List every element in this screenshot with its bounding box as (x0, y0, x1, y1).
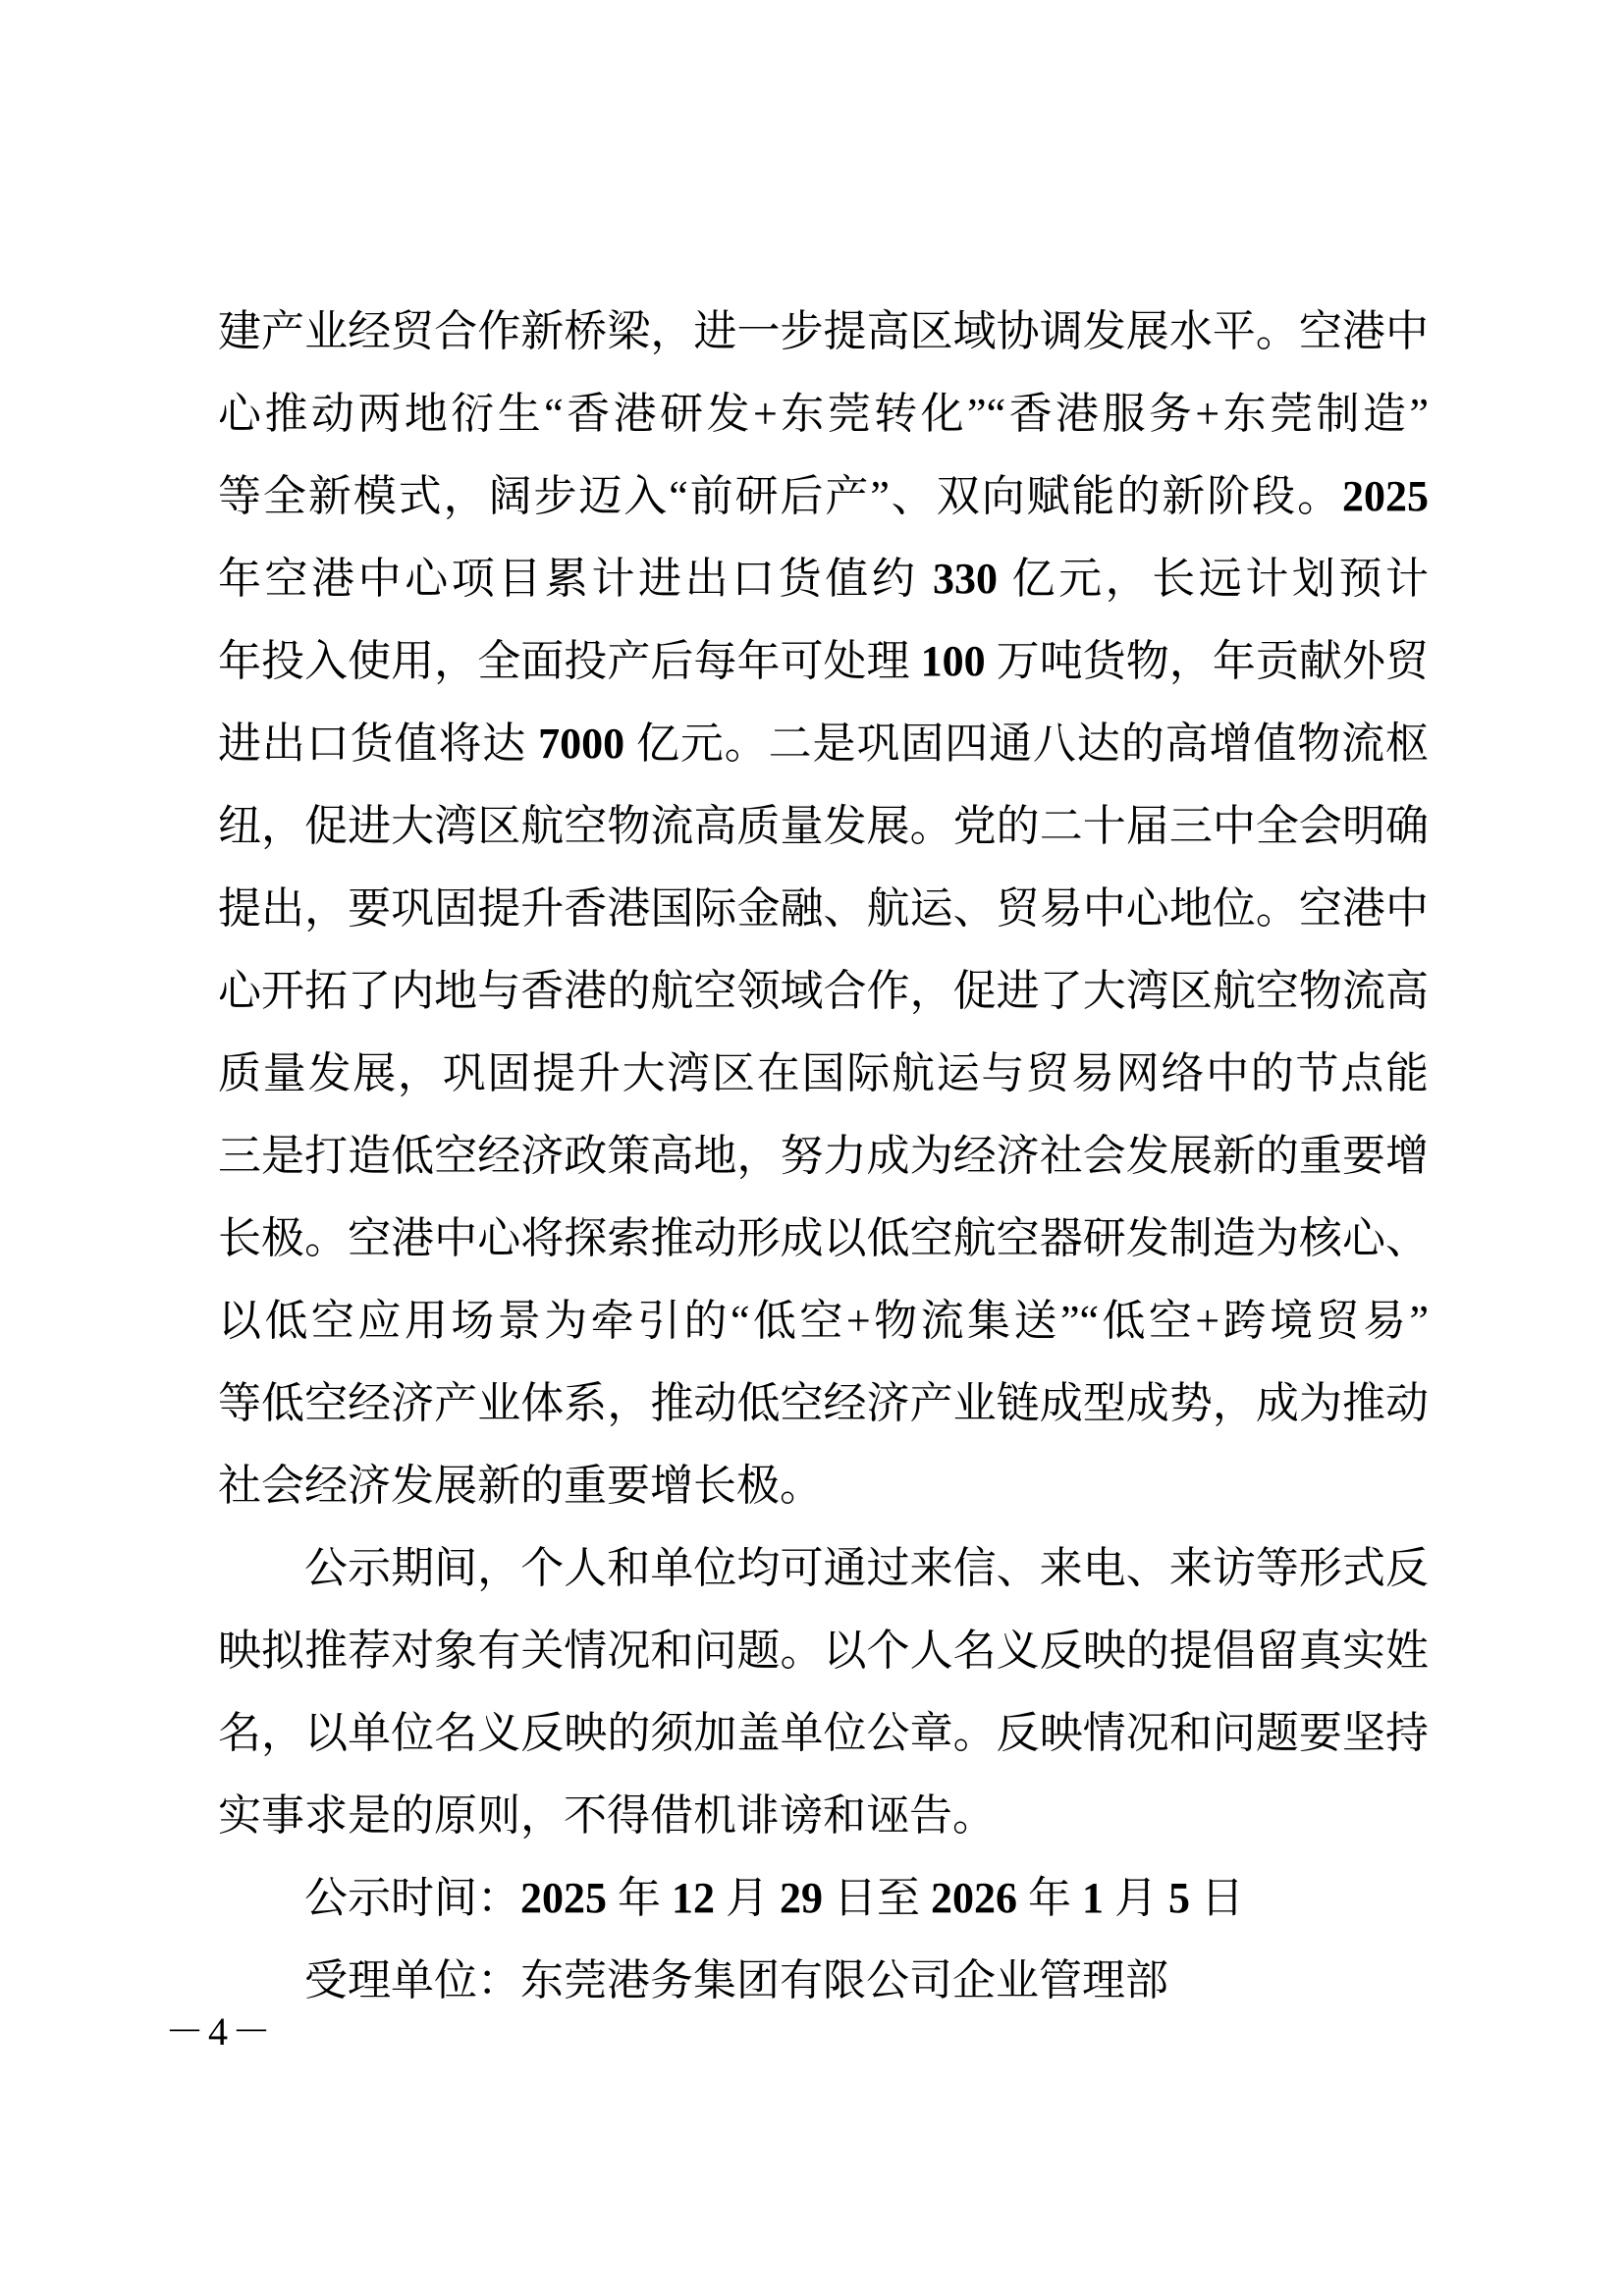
text-segment: 纽，促进大湾区航空物流高质量发展。党的二十届三中全会明确 (218, 802, 1429, 850)
bold-number-segment: 7000 (538, 720, 624, 768)
text-line: 等全新模式，阔步迈入“前研后产”、双向赋能的新阶段。2025 (218, 455, 1429, 538)
text-line: 三是打造低空经济政策高地，努力成为经济社会发展新的重要增 (218, 1115, 1429, 1198)
text-segment: 公示时间： (304, 1874, 520, 1922)
text-line: 以低空应用场景为牵引的“低空+物流集送”“低空+跨境贸易” (218, 1280, 1429, 1362)
text-line: 建产业经贸合作新桥梁，进一步提高区域协调发展水平。空港中 (218, 291, 1429, 373)
bold-number-segment: 2026 (931, 1874, 1017, 1922)
text-line: 公示时间：2025 年 12 月 29 日至 2026 年 1 月 5 日 (218, 1857, 1429, 1940)
text-segment: 亿元。二是巩固四通八达的高增值物流枢 (624, 720, 1429, 768)
text-segment: 日至 (823, 1874, 931, 1922)
text-segment: 以低空应用场景为牵引的“低空+物流集送”“低空+跨境贸易” (218, 1297, 1429, 1345)
bold-number-segment: 12 (672, 1874, 715, 1922)
text-segment: 等全新模式，阔步迈入“前研后产”、双向赋能的新阶段。 (218, 472, 1342, 520)
text-segment: 公示期间，个人和单位均可通过来信、来电、来访等形式反 (304, 1544, 1429, 1592)
bold-number-segment: 2025 (1342, 472, 1429, 520)
bold-number-segment: 2025 (520, 1874, 607, 1922)
text-line: 长极。空港中心将探索推动形成以低空航空器研发制造为核心、 (218, 1198, 1429, 1280)
text-segment: 提出，要巩固提升香港国际金融、航运、贸易中心地位。空港中 (218, 884, 1429, 933)
text-segment: 受理单位：东莞港务集团有限公司企业管理部 (304, 1956, 1168, 2004)
text-segment: 映拟推荐对象有关情况和问题。以个人名义反映的提倡留真实姓 (218, 1627, 1429, 1675)
text-segment: 质量发展，巩固提升大湾区在国际航运与贸易网络中的节点能级。 (218, 1049, 1429, 1115)
text-line: 受理单位：东莞港务集团有限公司企业管理部 (218, 1940, 1429, 2022)
text-segment: 年 (607, 1874, 672, 1922)
text-segment: 等低空经济产业体系，推动低空经济产业链成型成势，成为推动 (218, 1379, 1429, 1427)
text-segment: 心推动两地衍生“香港研发+东莞转化”“香港服务+东莞制造” (218, 390, 1429, 438)
text-line: 社会经济发展新的重要增长极。 (218, 1445, 1429, 1527)
page-number: －4－ (165, 2008, 275, 2056)
text-line: 年空港中心项目累计进出口货值约 330 亿元，长远计划预计 2027 (218, 538, 1429, 620)
text-segment: 进出口货值将达 (218, 720, 538, 768)
bold-number-segment: 330 (933, 555, 998, 603)
text-line: 提出，要巩固提升香港国际金融、航运、贸易中心地位。空港中 (218, 868, 1429, 950)
text-segment: 月 (715, 1874, 780, 1922)
bold-number-segment: 5 (1168, 1874, 1190, 1922)
text-segment: 年空港中心项目累计进出口货值约 (218, 555, 933, 603)
text-line: 心开拓了内地与香港的航空领域合作，促进了大湾区航空物流高 (218, 950, 1429, 1033)
bold-number-segment: 1 (1082, 1874, 1104, 1922)
document-page: 建产业经贸合作新桥梁，进一步提高区域协调发展水平。空港中心推动两地衍生“香港研发… (0, 0, 1624, 2296)
text-segment: 月 (1104, 1874, 1168, 1922)
text-segment: 年 (1017, 1874, 1082, 1922)
text-segment: 年投入使用，全面投产后每年可处理 (218, 637, 921, 685)
bold-number-segment: 100 (921, 637, 986, 685)
text-segment: 日 (1190, 1874, 1244, 1922)
text-segment: 名，以单位名义反映的须加盖单位公章。反映情况和问题要坚持 (218, 1709, 1429, 1757)
text-line: 名，以单位名义反映的须加盖单位公章。反映情况和问题要坚持 (218, 1692, 1429, 1775)
text-segment: 万吨货物，年贡献外贸 (986, 637, 1429, 685)
text-line: 心推动两地衍生“香港研发+东莞转化”“香港服务+东莞制造” (218, 373, 1429, 455)
text-segment: 长极。空港中心将探索推动形成以低空航空器研发制造为核心、 (218, 1214, 1429, 1262)
text-line: 公示期间，个人和单位均可通过来信、来电、来访等形式反 (218, 1527, 1429, 1610)
text-segment: 亿元，长远计划预计 (998, 555, 1429, 603)
text-line: 纽，促进大湾区航空物流高质量发展。党的二十届三中全会明确 (218, 785, 1429, 868)
text-line: 进出口货值将达 7000 亿元。二是巩固四通八达的高增值物流枢 (218, 703, 1429, 785)
bold-number-segment: 29 (780, 1874, 823, 1922)
text-segment: 社会经济发展新的重要增长极。 (218, 1462, 823, 1510)
text-line: 年投入使用，全面投产后每年可处理 100 万吨货物，年贡献外贸 (218, 620, 1429, 703)
text-segment: 建产业经贸合作新桥梁，进一步提高区域协调发展水平。空港中 (218, 307, 1429, 355)
text-segment: 心开拓了内地与香港的航空领域合作，促进了大湾区航空物流高 (218, 967, 1429, 1015)
text-line: 实事求是的原则，不得借机诽谤和诬告。 (218, 1775, 1429, 1857)
text-line: 质量发展，巩固提升大湾区在国际航运与贸易网络中的节点能级。 (218, 1033, 1429, 1115)
text-line: 映拟推荐对象有关情况和问题。以个人名义反映的提倡留真实姓 (218, 1610, 1429, 1692)
text-line: 等低空经济产业体系，推动低空经济产业链成型成势，成为推动 (218, 1362, 1429, 1445)
text-segment: 实事求是的原则，不得借机诽谤和诬告。 (218, 1791, 996, 1840)
document-body: 建产业经贸合作新桥梁，进一步提高区域协调发展水平。空港中心推动两地衍生“香港研发… (218, 291, 1429, 2022)
text-segment: 三是打造低空经济政策高地，努力成为经济社会发展新的重要增 (218, 1132, 1429, 1180)
